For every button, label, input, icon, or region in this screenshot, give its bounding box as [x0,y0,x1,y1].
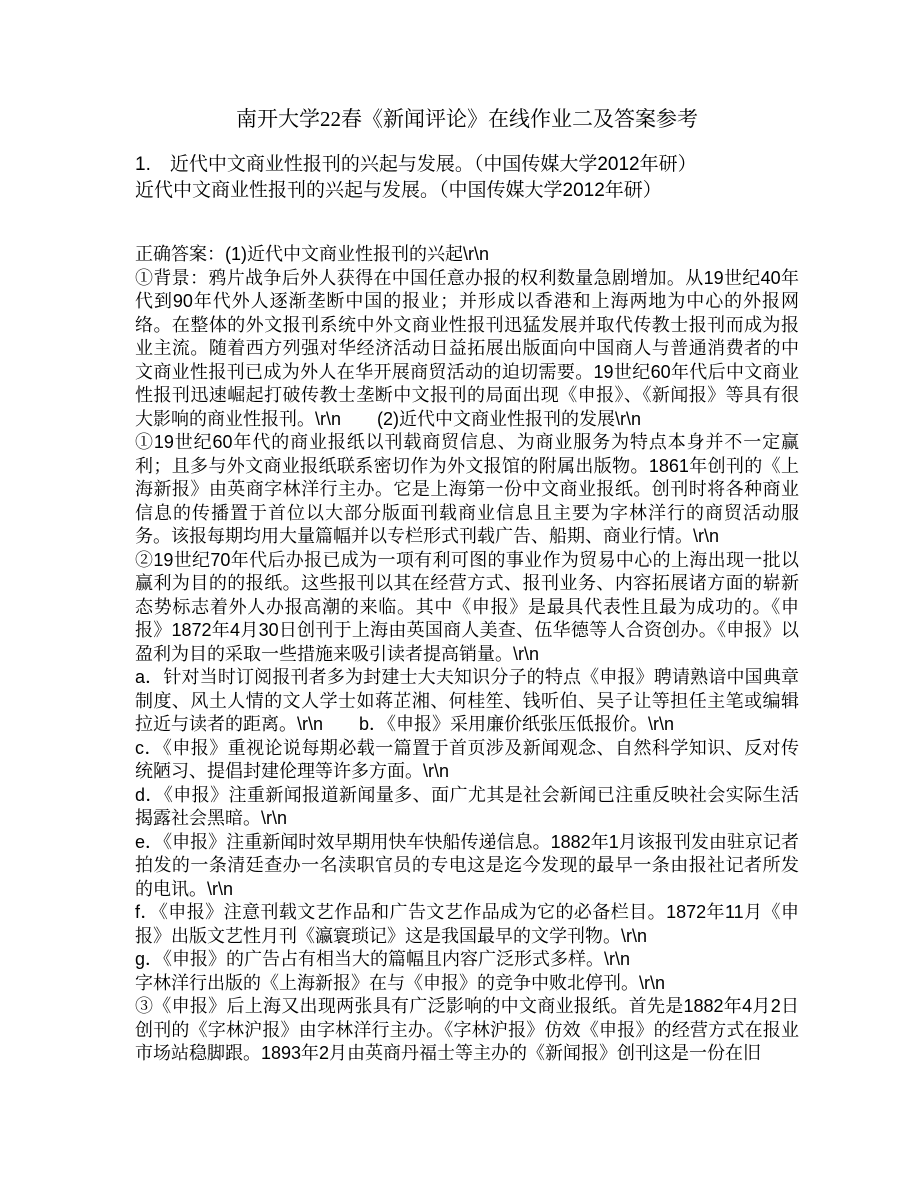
answer-paragraph: a．针对当时订阅报刊者多为封建士大夫知识分子的特点《申报》聘请熟谙中国典章制度、… [135,666,799,737]
document-page: 南开大学22春《新闻评论》在线作业二及答案参考 1. 近代中文商业性报刊的兴起与… [0,0,920,1191]
answer-paragraph: ①19世纪60年代的商业报纸以刊载商贸信息、为商业服务为特点本身并不一定赢利；且… [135,431,799,549]
document-title: 南开大学22春《新闻评论》在线作业二及答案参考 [135,106,799,132]
answer-paragraph: ②19世纪70年代后办报已成为一项有利可图的事业作为贸易中心的上海出现一批以赢利… [135,549,799,667]
question-block: 1. 近代中文商业性报刊的兴起与发展。（中国传媒大学2012年研） 近代中文商业… [135,152,815,204]
answer-paragraph: d．《申报》注重新闻报道新闻量多、面广尤其是社会新闻已注重反映社会实际生活揭露社… [135,784,799,831]
answer-paragraph: g．《申报》的广告占有相当大的篇幅且内容广泛形式多样。\r\n [135,948,799,972]
answer-paragraph: 字林洋行出版的《上海新报》在与《申报》的竞争中败北停刊。\r\n [135,972,799,996]
answer-block: 正确答案：(1)近代中文商业性报刊的兴起\r\n①背景：鸦片战争后外人获得在中国… [135,243,799,1066]
answer-paragraph: e．《申报》注重新闻时效早期用快车快船传递信息。1882年1月该报刊发由驻京记者… [135,831,799,902]
answer-paragraph: ③《申报》后上海又出现两张具有广泛影响的中文商业报纸。首先是1882年4月2日创… [135,995,799,1066]
answer-paragraph: c．《申报》重视论说每期必载一篇置于首页涉及新闻观念、自然科学知识、反对传统陋习… [135,737,799,784]
answer-paragraph: ①背景：鸦片战争后外人获得在中国任意办报的权利数量急剧增加。从19世纪40年代到… [135,267,799,432]
question-line-2: 近代中文商业性报刊的兴起与发展。（中国传媒大学2012年研） [135,178,815,204]
answer-paragraph: f．《申报》注意刊载文艺作品和广告文艺作品成为它的必备栏目。1872年11月《申… [135,901,799,948]
question-line-1: 1. 近代中文商业性报刊的兴起与发展。（中国传媒大学2012年研） [135,152,815,178]
answer-paragraph: 正确答案：(1)近代中文商业性报刊的兴起\r\n [135,243,799,267]
